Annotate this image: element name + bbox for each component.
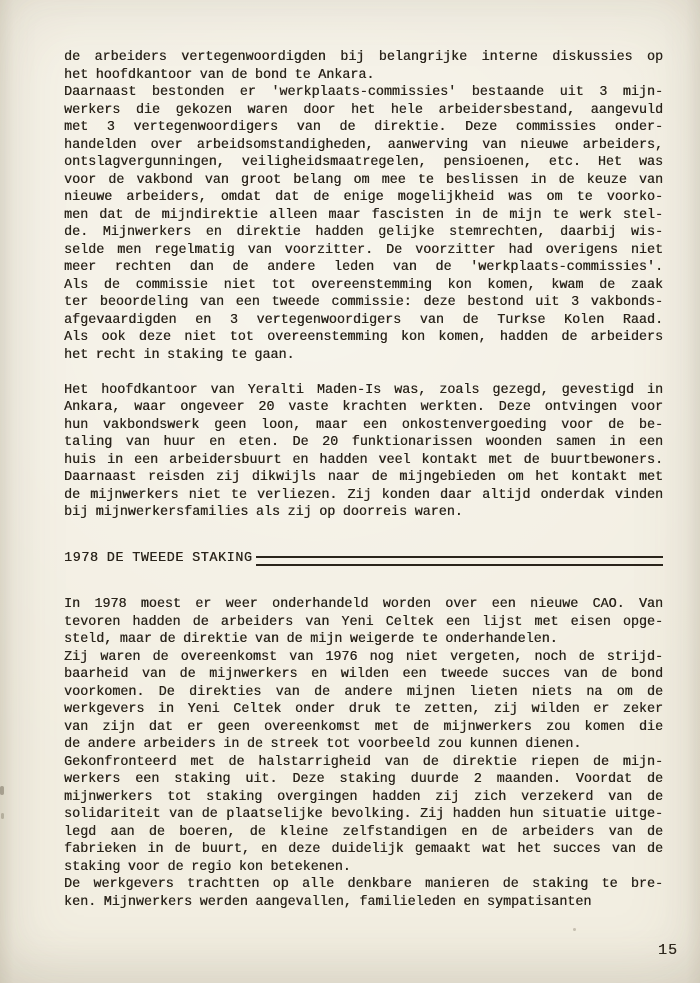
text-line: men dat de mijndirektie alleen maar fasc… — [64, 207, 663, 225]
text-line: Zij waren de overeenkomst van 1976 nog n… — [64, 649, 663, 667]
text-line: Als de commissie niet tot overeenstemmin… — [64, 277, 663, 295]
text-line: afgevaardigden en 3 vertegenwoordigers v… — [64, 312, 663, 330]
text-line: In 1978 moest er weer onderhandeld worde… — [64, 596, 663, 614]
text-line: mijnwerkers tot staking overgingen hadde… — [64, 789, 663, 807]
section-heading-text: 1978 DE TWEEDE STAKING — [64, 550, 253, 568]
text-line: handelden over arbeidsomstandigheden, aa… — [64, 137, 663, 155]
text-line: het hoofdkantoor van de bond te Ankara. — [64, 67, 663, 85]
text-line: Gekonfronteerd met de halstarrigheid van… — [64, 754, 663, 772]
text-line: werkers een staking uit. Deze staking du… — [64, 771, 663, 789]
text-line: fabrieken in de buurt, en deze duidelijk… — [64, 841, 663, 859]
paragraph: In 1978 moest er weer onderhandeld worde… — [64, 596, 663, 911]
text-line: de. Mijnwerkers en direktie hadden gelij… — [64, 224, 663, 242]
text-line: hun vakbondswerk geen loon, maar een onk… — [64, 417, 663, 435]
text-line: ken. Mijnwerkers werden aangevallen, fam… — [64, 894, 663, 912]
heading-double-rule — [256, 556, 664, 566]
text-line: bij mijnwerkersfamilies als zij op doorr… — [64, 504, 663, 522]
text-line: Daarnaast bestonden er 'werkplaats-commi… — [64, 84, 663, 102]
text-line: van zijn dat er geen overeenkomst met de… — [64, 719, 663, 737]
text-line: Ankara, waar ongeveer 20 vaste krachten … — [64, 399, 663, 417]
text-line: Als ook deze niet tot overeenstemming ko… — [64, 329, 663, 347]
text-line: tevoren hadden de arbeiders van Yeni Cel… — [64, 614, 663, 632]
text-line: baarheid van de mijnwerkers en wilden ee… — [64, 666, 663, 684]
text-line: steld, maar de direktie van de mijn weig… — [64, 631, 663, 649]
text-line: de andere arbeiders in de streek tot voo… — [64, 736, 663, 754]
text-line: het recht in staking te gaan. — [64, 347, 663, 365]
text-line: solidariteit van de plaatselijke bevolki… — [64, 806, 663, 824]
document-page: de arbeiders vertegenwoordigden bij bela… — [0, 0, 700, 983]
section-heading: 1978 DE TWEEDE STAKING — [64, 550, 663, 568]
text-line: de arbeiders vertegenwoordigden bij bela… — [64, 49, 663, 67]
text-line: huis in een arbeidersbuurt en hadden vee… — [64, 452, 663, 470]
text-line: staking voor de regio kon betekenen. — [64, 859, 663, 877]
text-line: nieuwe arbeiders, omdat dat de enige mog… — [64, 189, 663, 207]
text-line: legd aan de boeren, de kleine zelfstandi… — [64, 824, 663, 842]
paragraph: Het hoofdkantoor van Yeralti Maden-Is wa… — [64, 382, 663, 522]
text-line: Het hoofdkantoor van Yeralti Maden-Is wa… — [64, 382, 663, 400]
text-line: meer rechten dan de andere leden van de … — [64, 259, 663, 277]
text-line: werkgevers in Yeni Celtek onder druk te … — [64, 701, 663, 719]
page-body: de arbeiders vertegenwoordigden bij bela… — [0, 0, 663, 911]
text-line: de mijnwerkers niet te verliezen. Zij ko… — [64, 487, 663, 505]
text-line: met 3 vertegenwoordigers van de direktie… — [64, 119, 663, 137]
text-line: voorkomen. De direkties van de andere mi… — [64, 684, 663, 702]
text-line: ontslagvergunningen, veiligheidsmaatrege… — [64, 154, 663, 172]
paper-speck — [573, 928, 576, 931]
text-line: Daarnaast reisden zij dikwijls naar de m… — [64, 469, 663, 487]
text-line: voor de vakbond van groot belang om mee … — [64, 172, 663, 190]
text-line: werkers die gekozen waren door het hele … — [64, 102, 663, 120]
text-line: ter beoordeling van een tweede commissie… — [64, 294, 663, 312]
page-number: 15 — [658, 942, 678, 959]
text-line: De werkgevers trachtten op alle denkbare… — [64, 876, 663, 894]
paragraph: de arbeiders vertegenwoordigden bij bela… — [64, 49, 663, 364]
text-line: taling van huur en eten. De 20 funktiona… — [64, 434, 663, 452]
text-line: selde men regelmatig van voorzitter. De … — [64, 242, 663, 260]
